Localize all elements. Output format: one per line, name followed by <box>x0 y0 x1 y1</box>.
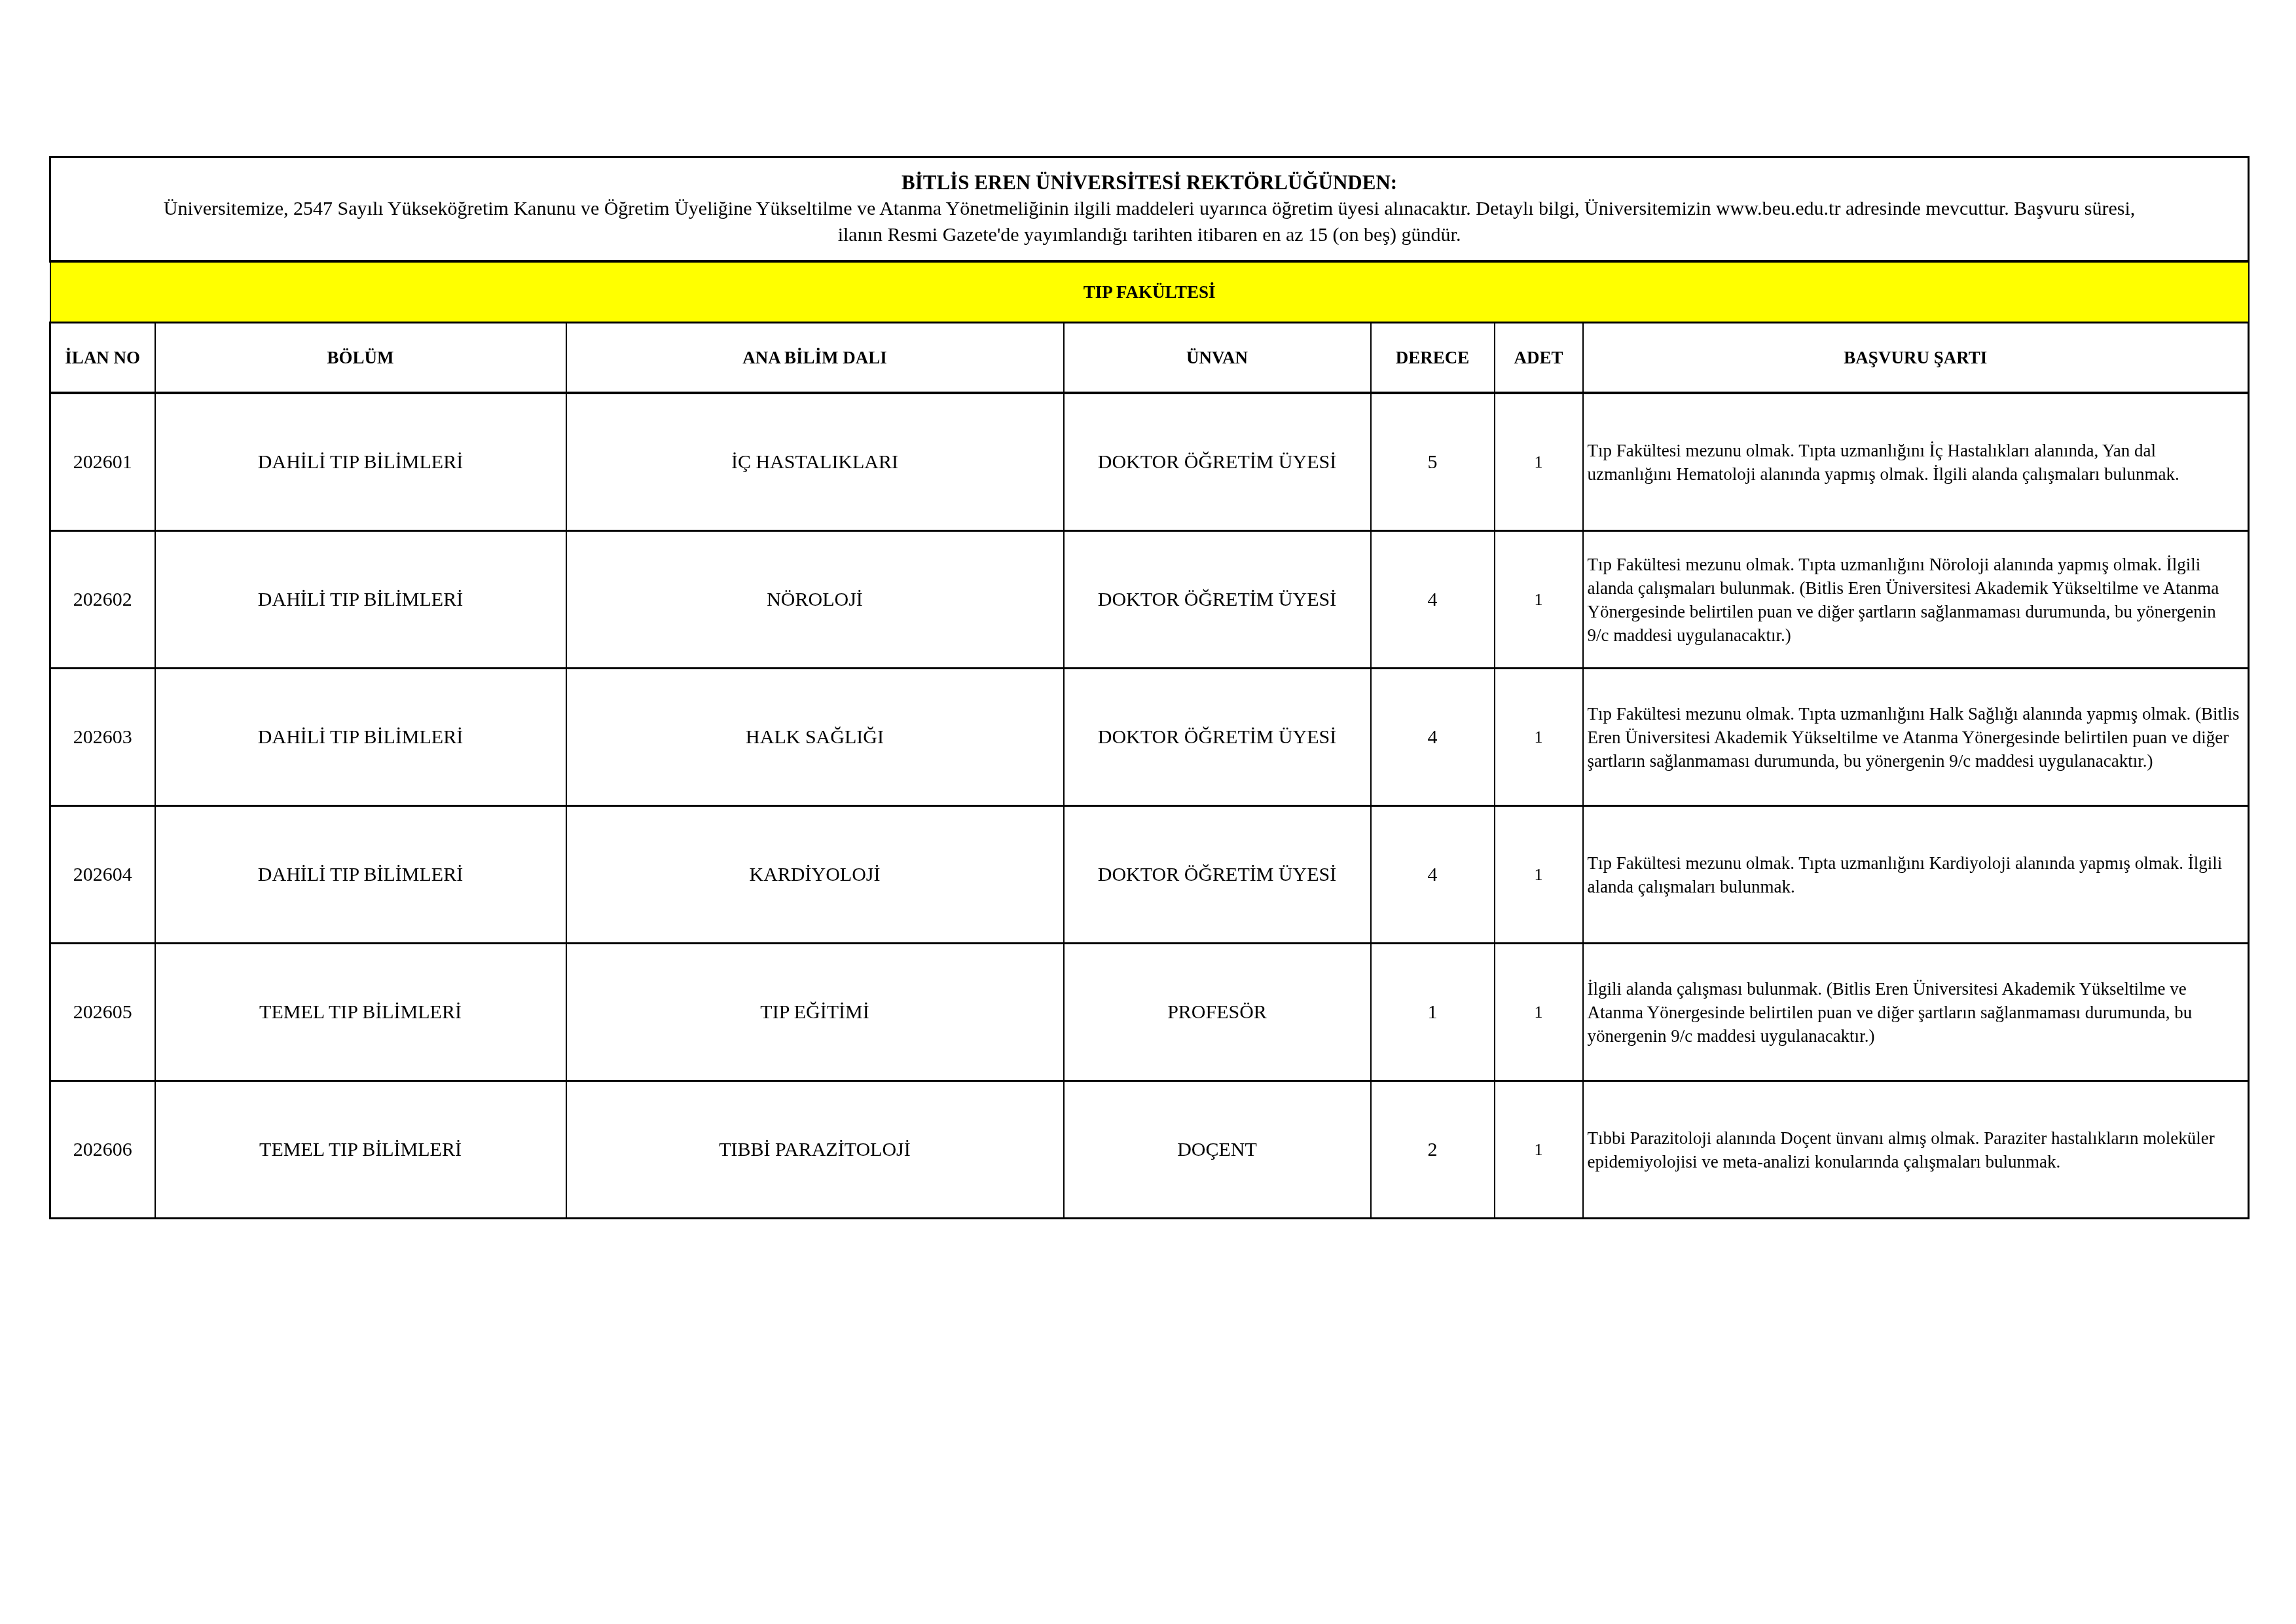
cell-ilan-no: 202603 <box>50 669 155 806</box>
cell-ana-bilim-dali: TIBBİ PARAZİTOLOJİ <box>566 1081 1064 1219</box>
cell-adet: 1 <box>1495 669 1583 806</box>
cell-derece: 4 <box>1371 806 1495 944</box>
column-header-ilan-no: İLAN NO <box>50 323 155 394</box>
cell-adet: 1 <box>1495 806 1583 944</box>
cell-ilan-no: 202605 <box>50 944 155 1081</box>
cell-unvan: DOKTOR ÖĞRETİM ÜYESİ <box>1064 531 1371 669</box>
cell-unvan: DOKTOR ÖĞRETİM ÜYESİ <box>1064 669 1371 806</box>
faculty-banner: TIP FAKÜLTESİ <box>50 261 2249 323</box>
cell-adet: 1 <box>1495 1081 1583 1219</box>
cell-unvan: DOÇENT <box>1064 1081 1371 1219</box>
cell-ana-bilim-dali: NÖROLOJİ <box>566 531 1064 669</box>
cell-bolum: DAHİLİ TIP BİLİMLERİ <box>155 531 566 669</box>
column-header-basvuru-sarti: BAŞVURU ŞARTI <box>1583 323 2249 394</box>
cell-basvuru-sarti: Tıbbi Parazitoloji alanında Doçent ünvan… <box>1583 1081 2249 1219</box>
cell-bolum: DAHİLİ TIP BİLİMLERİ <box>155 806 566 944</box>
cell-ana-bilim-dali: KARDİYOLOJİ <box>566 806 1064 944</box>
cell-basvuru-sarti: İlgili alanda çalışması bulunmak. (Bitli… <box>1583 944 2249 1081</box>
table-row: 202604 DAHİLİ TIP BİLİMLERİ KARDİYOLOJİ … <box>50 806 2249 944</box>
cell-bolum: DAHİLİ TIP BİLİMLERİ <box>155 393 566 531</box>
column-header-adet: ADET <box>1495 323 1583 394</box>
cell-ana-bilim-dali: TIP EĞİTİMİ <box>566 944 1064 1081</box>
cell-derece: 5 <box>1371 393 1495 531</box>
cell-basvuru-sarti: Tıp Fakültesi mezunu olmak. Tıpta uzmanl… <box>1583 531 2249 669</box>
announcement-page: BİTLİS EREN ÜNİVERSİTESİ REKTÖRLÜĞÜNDEN:… <box>49 156 2248 1219</box>
announcement-intro-line-1: Üniversitemize, 2547 Sayılı Yükseköğreti… <box>62 196 2237 222</box>
column-header-unvan: ÜNVAN <box>1064 323 1371 394</box>
column-header-row: İLAN NO BÖLÜM ANA BİLİM DALI ÜNVAN DEREC… <box>50 323 2249 394</box>
announcement-header-row: BİTLİS EREN ÜNİVERSİTESİ REKTÖRLÜĞÜNDEN:… <box>50 157 2249 262</box>
table-row: 202602 DAHİLİ TIP BİLİMLERİ NÖROLOJİ DOK… <box>50 531 2249 669</box>
cell-bolum: TEMEL TIP BİLİMLERİ <box>155 1081 566 1219</box>
announcement-title: BİTLİS EREN ÜNİVERSİTESİ REKTÖRLÜĞÜNDEN: <box>62 170 2237 196</box>
cell-adet: 1 <box>1495 944 1583 1081</box>
cell-bolum: TEMEL TIP BİLİMLERİ <box>155 944 566 1081</box>
faculty-row: TIP FAKÜLTESİ <box>50 261 2249 323</box>
cell-ana-bilim-dali: HALK SAĞLIĞI <box>566 669 1064 806</box>
cell-basvuru-sarti: Tıp Fakültesi mezunu olmak. Tıpta uzmanl… <box>1583 806 2249 944</box>
column-header-derece: DERECE <box>1371 323 1495 394</box>
cell-ilan-no: 202601 <box>50 393 155 531</box>
cell-derece: 4 <box>1371 669 1495 806</box>
cell-derece: 2 <box>1371 1081 1495 1219</box>
table-row: 202603 DAHİLİ TIP BİLİMLERİ HALK SAĞLIĞI… <box>50 669 2249 806</box>
table-row: 202601 DAHİLİ TIP BİLİMLERİ İÇ HASTALIKL… <box>50 393 2249 531</box>
cell-derece: 4 <box>1371 531 1495 669</box>
cell-unvan: PROFESÖR <box>1064 944 1371 1081</box>
cell-unvan: DOKTOR ÖĞRETİM ÜYESİ <box>1064 806 1371 944</box>
cell-ana-bilim-dali: İÇ HASTALIKLARI <box>566 393 1064 531</box>
cell-adet: 1 <box>1495 393 1583 531</box>
cell-ilan-no: 202604 <box>50 806 155 944</box>
table-row: 202606 TEMEL TIP BİLİMLERİ TIBBİ PARAZİT… <box>50 1081 2249 1219</box>
vacancy-table: BİTLİS EREN ÜNİVERSİTESİ REKTÖRLÜĞÜNDEN:… <box>49 156 2250 1219</box>
cell-basvuru-sarti: Tıp Fakültesi mezunu olmak. Tıpta uzmanl… <box>1583 393 2249 531</box>
cell-basvuru-sarti: Tıp Fakültesi mezunu olmak. Tıpta uzmanl… <box>1583 669 2249 806</box>
cell-derece: 1 <box>1371 944 1495 1081</box>
cell-ilan-no: 202606 <box>50 1081 155 1219</box>
table-row: 202605 TEMEL TIP BİLİMLERİ TIP EĞİTİMİ P… <box>50 944 2249 1081</box>
cell-unvan: DOKTOR ÖĞRETİM ÜYESİ <box>1064 393 1371 531</box>
column-header-ana-bilim-dali: ANA BİLİM DALI <box>566 323 1064 394</box>
cell-bolum: DAHİLİ TIP BİLİMLERİ <box>155 669 566 806</box>
cell-adet: 1 <box>1495 531 1583 669</box>
announcement-header: BİTLİS EREN ÜNİVERSİTESİ REKTÖRLÜĞÜNDEN:… <box>50 157 2249 262</box>
column-header-bolum: BÖLÜM <box>155 323 566 394</box>
announcement-intro-line-2: ilanın Resmi Gazete'de yayımlandığı tari… <box>62 222 2237 248</box>
cell-ilan-no: 202602 <box>50 531 155 669</box>
